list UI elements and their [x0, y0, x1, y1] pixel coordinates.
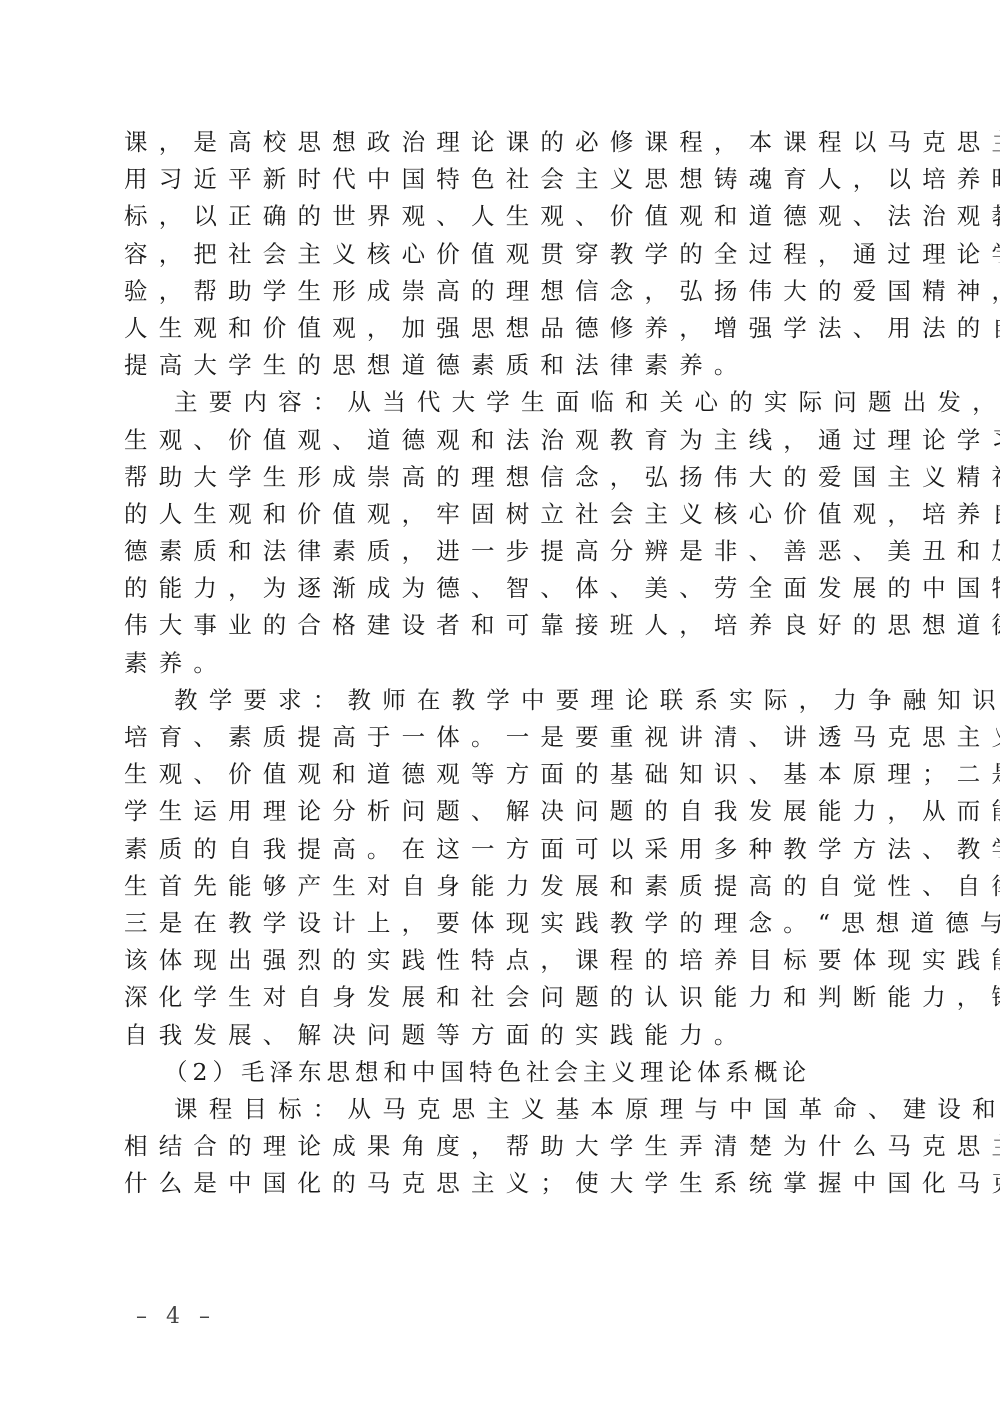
text-line: 生观、价值观和道德观等方面的基础知识、基本原理；二是要着力培育 [124, 756, 864, 793]
section-heading-text: （2）毛泽东思想和中国特色社会主义理论体系概论 [124, 1054, 864, 1091]
text-line: 提高大学生的思想道德素质和法律素养。 [124, 347, 864, 384]
text-line: 相结合的理论成果角度，帮助大学生弄清楚为什么马克思主义要中国化， [124, 1128, 864, 1165]
text-line: 用习近平新时代中国特色社会主义思想铸魂育人，以培养时代新人为目 [124, 161, 864, 198]
text-line: 学生运用理论分析问题、解决问题的自我发展能力，从而能实现其各种 [124, 793, 864, 830]
text-line: 德素质和法律素质，进一步提高分辨是非、善恶、美丑和加强自我修养 [124, 533, 864, 570]
text-line: 的人生观和价值观，牢固树立社会主义核心价值观，培养良好的思想道 [124, 496, 864, 533]
text-line: 深化学生对自身发展和社会问题的认识能力和判断能力，锻炼、培育其 [124, 979, 864, 1016]
text-line: 三是在教学设计上，要体现实践教学的理念。“思想道德与法治”课应 [124, 905, 864, 942]
text-line: 伟大事业的合格建设者和可靠接班人，培养良好的思想道德修养和法治 [124, 607, 864, 644]
document-page-body: 课，是高校思想政治理论课的必修课程，本课程以马克思主义为指导， 用习近平新时代中… [124, 124, 864, 1202]
paragraph-course-objective: 课程目标：从马克思主义基本原理与中国革命、建设和改革的实际 相结合的理论成果角度… [124, 1091, 864, 1203]
text-line: 教学要求：教师在教学中要理论联系实际，力争融知识传授、能力 [124, 682, 864, 719]
text-line: 帮助大学生形成崇高的理想信念，弘扬伟大的爱国主义精神，确立正确 [124, 459, 864, 496]
text-line: 生观、价值观、道德观和法治观教育为主线，通过理论学习和实践体验， [124, 422, 864, 459]
section-heading: （2）毛泽东思想和中国特色社会主义理论体系概论 [124, 1054, 864, 1091]
text-line: 素养。 [124, 645, 864, 682]
paragraph-teaching-requirements: 教学要求：教师在教学中要理论联系实际，力争融知识传授、能力 培育、素质提高于一体… [124, 682, 864, 1054]
text-line: 标，以正确的世界观、人生观、价值观和道德观、法治观教育为主要内 [124, 198, 864, 235]
paragraph-course-intro: 课，是高校思想政治理论课的必修课程，本课程以马克思主义为指导， 用习近平新时代中… [124, 124, 864, 384]
text-line: 自我发展、解决问题等方面的实践能力。 [124, 1017, 864, 1054]
text-line: 课，是高校思想政治理论课的必修课程，本课程以马克思主义为指导， [124, 124, 864, 161]
text-line: 课程目标：从马克思主义基本原理与中国革命、建设和改革的实际 [124, 1091, 864, 1128]
text-line: 主要内容：从当代大学生面临和关心的实际问题出发，以正确的人 [124, 384, 864, 421]
text-line: 人生观和价值观，加强思想品德修养，增强学法、用法的自觉性，全面 [124, 310, 864, 347]
text-line: 生首先能够产生对自身能力发展和素质提高的自觉性、自律性和创造性。 [124, 868, 864, 905]
page-number: – 4 – [136, 1304, 216, 1329]
text-line: 该体现出强烈的实践性特点，课程的培养目标要体现实践能力的培养， [124, 942, 864, 979]
paragraph-main-content: 主要内容：从当代大学生面临和关心的实际问题出发，以正确的人 生观、价值观、道德观… [124, 384, 864, 682]
text-line: 的能力，为逐渐成为德、智、体、美、劳全面发展的中国特色社会主义 [124, 570, 864, 607]
text-line: 验，帮助学生形成崇高的理想信念，弘扬伟大的爱国精神，确立正确的 [124, 273, 864, 310]
text-line: 什么是中国化的马克思主义；使大学生系统掌握中国化马克思主义的形 [124, 1165, 864, 1202]
text-line: 培育、素质提高于一体。一是要重视讲清、讲透马克思主义世界观、人 [124, 719, 864, 756]
text-line: 素质的自我提高。在这一方面可以采用多种教学方法、教学手段，使学 [124, 831, 864, 868]
text-line: 容，把社会主义核心价值观贯穿教学的全过程，通过理论学习和实践体 [124, 236, 864, 273]
